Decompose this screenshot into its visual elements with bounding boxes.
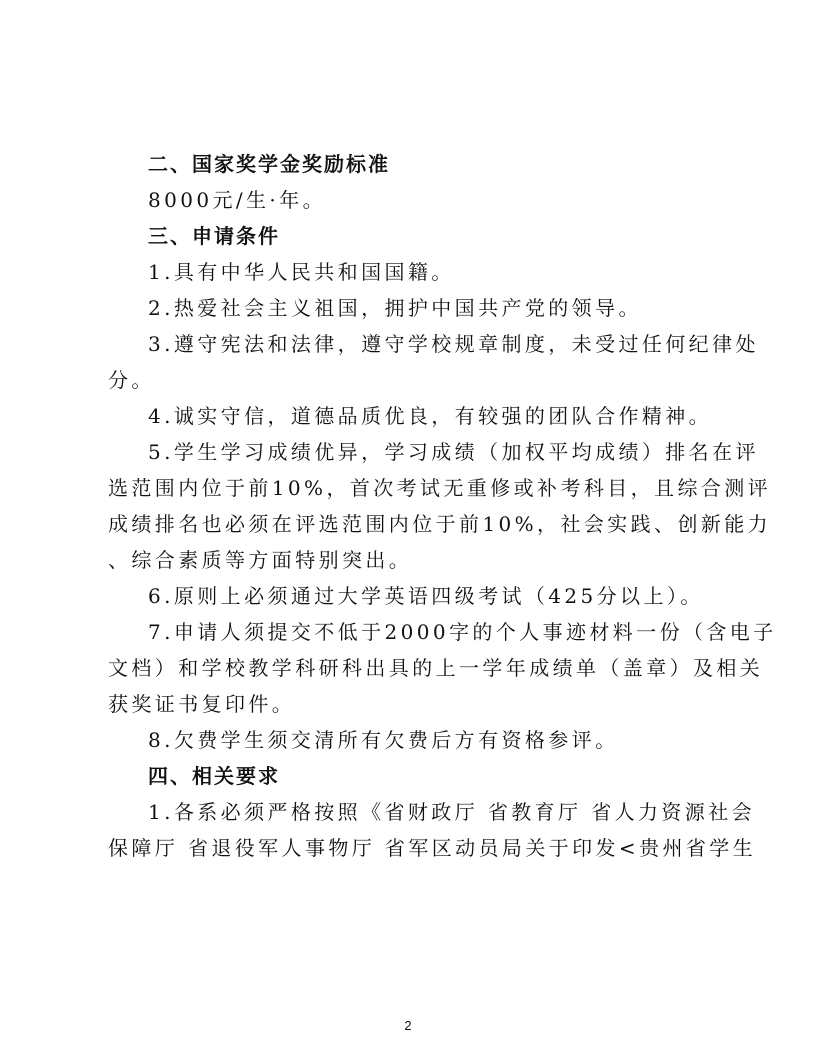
requirement-8: 8.欠费学生须交清所有欠费后方有资格参评。 xyxy=(108,722,708,758)
requirement-5-cont-1: 选范围内位于前10%，首次考试无重修或补考科目，且综合测评 xyxy=(108,470,708,506)
requirement-5-cont-3: 、综合素质等方面特别突出。 xyxy=(108,542,708,578)
related-requirement-1: 1.各系必须严格按照《省财政厅 省教育厅 省人力资源社会 xyxy=(108,794,708,830)
requirement-7: 7.申请人须提交不低于2000字的个人事迹材料一份（含电子 xyxy=(108,614,708,650)
requirement-2: 2.热爱社会主义祖国，拥护中国共产党的领导。 xyxy=(108,290,708,326)
document-page: 二、国家奖学金奖励标准 8000元/生·年。 三、申请条件 1.具有中华人民共和… xyxy=(0,0,816,1056)
page-number: 2 xyxy=(0,1018,816,1033)
requirement-3-cont: 分。 xyxy=(108,362,708,398)
requirement-5-cont-2: 成绩排名也必须在评选范围内位于前10%，社会实践、创新能力 xyxy=(108,506,708,542)
requirement-7-cont-1: 文档）和学校教学科研科出具的上一学年成绩单（盖章）及相关 xyxy=(108,650,708,686)
section-heading-award-standard: 二、国家奖学金奖励标准 xyxy=(108,146,708,182)
section-heading-requirements: 三、申请条件 xyxy=(108,218,708,254)
related-requirement-1-cont: 保障厅 省退役军人事物厅 省军区动员局关于印发<贵州省学生 xyxy=(108,830,708,866)
section-heading-related-requirements: 四、相关要求 xyxy=(108,758,708,794)
requirement-3: 3.遵守宪法和法律，遵守学校规章制度，未受过任何纪律处 xyxy=(108,326,708,362)
requirement-6: 6.原则上必须通过大学英语四级考试（425分以上）。 xyxy=(108,578,708,614)
requirement-4: 4.诚实守信，道德品质优良，有较强的团队合作精神。 xyxy=(108,398,708,434)
requirement-7-cont-2: 获奖证书复印件。 xyxy=(108,686,708,722)
requirement-1: 1.具有中华人民共和国国籍。 xyxy=(108,254,708,290)
page-body: 二、国家奖学金奖励标准 8000元/生·年。 三、申请条件 1.具有中华人民共和… xyxy=(108,146,708,866)
requirement-5: 5.学生学习成绩优异，学习成绩（加权平均成绩）排名在评 xyxy=(108,434,708,470)
award-amount: 8000元/生·年。 xyxy=(108,182,708,218)
